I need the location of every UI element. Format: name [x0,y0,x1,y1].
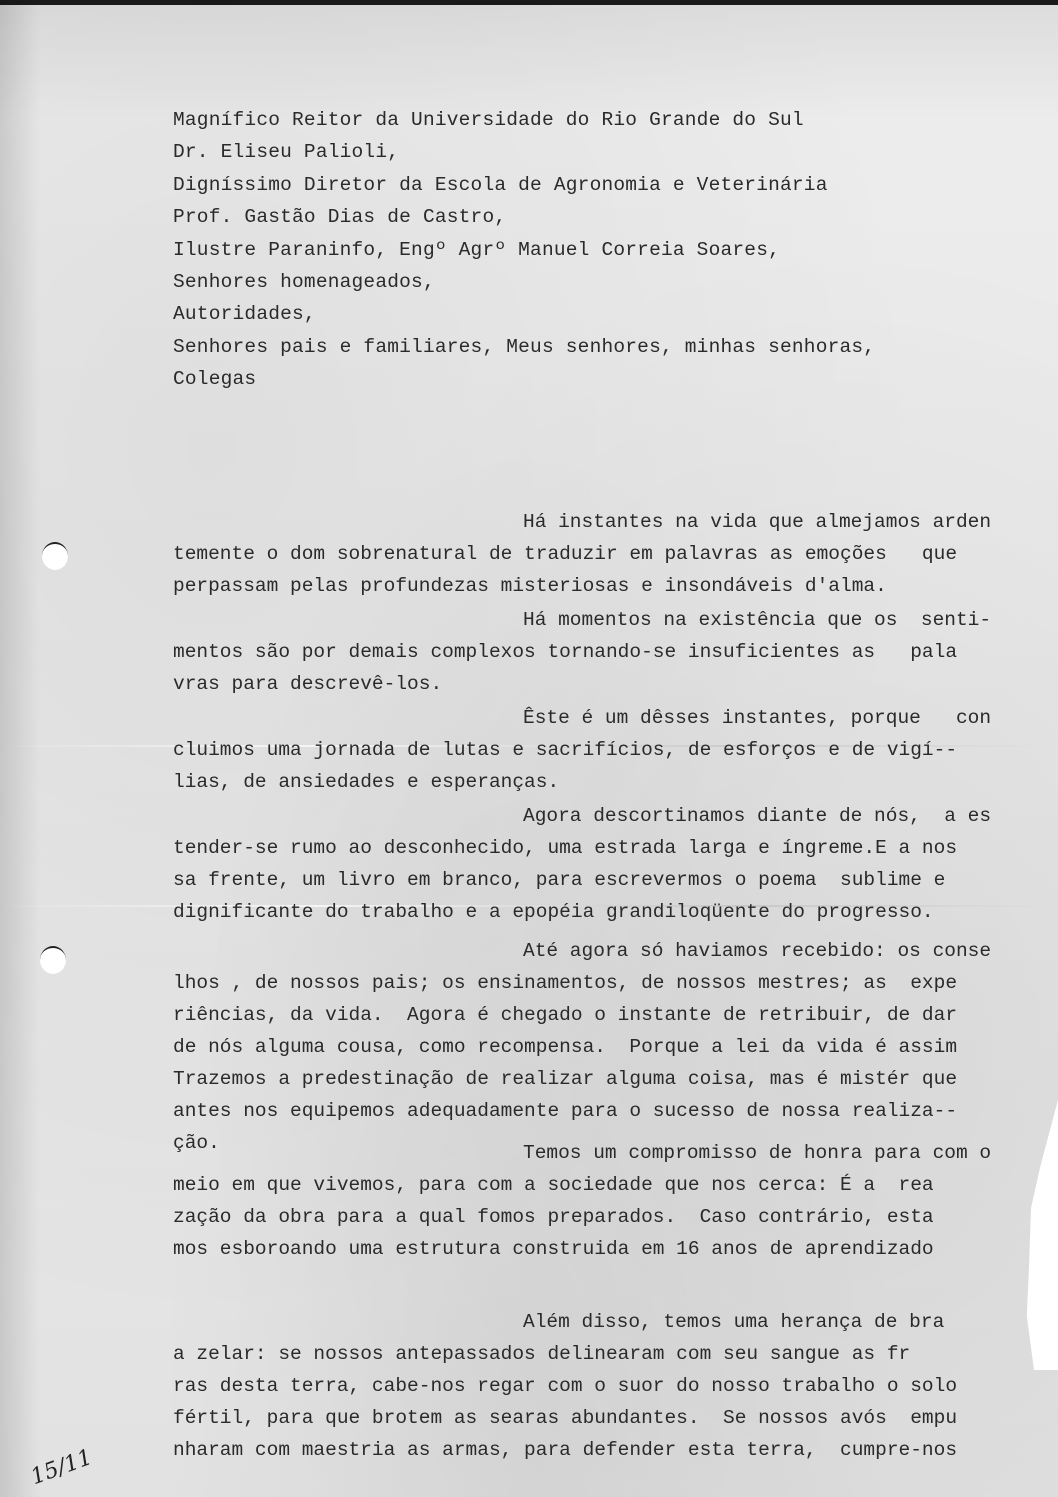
punch-hole-top [42,542,68,570]
salutation-line: Colegas [173,363,1053,395]
page-top-shadow [0,0,1058,5]
text-line: dignificante do trabalho e a epopéia gra… [173,896,1058,928]
salutation-line: Magnífico Reitor da Universidade do Rio … [173,104,1053,136]
salutation-line: Senhores homenageados, [173,266,1053,298]
text-line: de nós alguma cousa, como recompensa. Po… [173,1031,1058,1063]
salutation-block: Magnífico Reitor da Universidade do Rio … [173,104,1053,396]
text-line: lias, de ansiedades e esperanças. [173,766,1058,798]
paragraph-6: Temos um compromisso de honra para com o… [173,1137,1058,1265]
text-line: lhos , de nossos pais; os ensinamentos, … [173,967,1058,999]
salutation-line: Digníssimo Diretor da Escola de Agronomi… [173,169,1053,201]
salutation-line: Senhores pais e familiares, Meus senhore… [173,331,1053,363]
text-line: cluimos uma jornada de lutas e sacrifíci… [173,734,1058,766]
text-line: Temos um compromisso de honra para com o [173,1137,1058,1169]
text-line: Há momentos na existência que os senti- [173,604,1058,636]
page-left-shadow [0,0,40,1497]
text-line: tender-se rumo ao desconhecido, uma estr… [173,832,1058,864]
text-line: zação da obra para a qual fomos preparad… [173,1201,1058,1233]
text-line: fértil, para que brotem as searas abunda… [173,1402,1058,1434]
paragraph-3: Êste é um dêsses instantes, porque con c… [173,702,1058,798]
text-line: nharam com maestria as armas, para defen… [173,1434,1058,1466]
text-line: Há instantes na vida que almejamos arden [173,506,1058,538]
text-line: Além disso, temos uma herança de bra [173,1306,1058,1338]
text-line: sa frente, um livro em branco, para escr… [173,864,1058,896]
text-line: Agora descortinamos diante de nós, a es [173,800,1058,832]
text-line: mentos são por demais complexos tornando… [173,636,1058,668]
paragraph-2: Há momentos na existência que os senti- … [173,604,1058,700]
salutation-line: Prof. Gastão Dias de Castro, [173,201,1053,233]
paragraph-7: Além disso, temos uma herança de bra a z… [173,1306,1058,1466]
text-line: meio em que vivemos, para com a sociedad… [173,1169,1058,1201]
text-line: vras para descrevê-los. [173,668,1058,700]
text-line: riências, da vida. Agora é chegado o ins… [173,999,1058,1031]
text-line: perpassam pelas profundezas misteriosas … [173,570,1058,602]
text-line: antes nos equipemos adequadamente para o… [173,1095,1058,1127]
text-line: mos esboroando uma estrutura construida … [173,1233,1058,1265]
text-line: temente o dom sobrenatural de traduzir e… [173,538,1058,570]
salutation-line: Autoridades, [173,298,1053,330]
paragraph-1: Há instantes na vida que almejamos arden… [173,506,1058,602]
text-line: a zelar: se nossos antepassados delinear… [173,1338,1058,1370]
salutation-line: Dr. Eliseu Palioli, [173,136,1053,168]
paragraph-5: Até agora só haviamos recebido: os conse… [173,935,1058,1159]
punch-hole-bottom [40,946,66,974]
text-line: Trazemos a predestinação de realizar alg… [173,1063,1058,1095]
text-line: Até agora só haviamos recebido: os conse [173,935,1058,967]
text-line: ras desta terra, cabe-nos regar com o su… [173,1370,1058,1402]
text-line: Êste é um dêsses instantes, porque con [173,702,1058,734]
salutation-line: Ilustre Paraninfo, Engº Agrº Manuel Corr… [173,234,1053,266]
paragraph-4: Agora descortinamos diante de nós, a es … [173,800,1058,928]
